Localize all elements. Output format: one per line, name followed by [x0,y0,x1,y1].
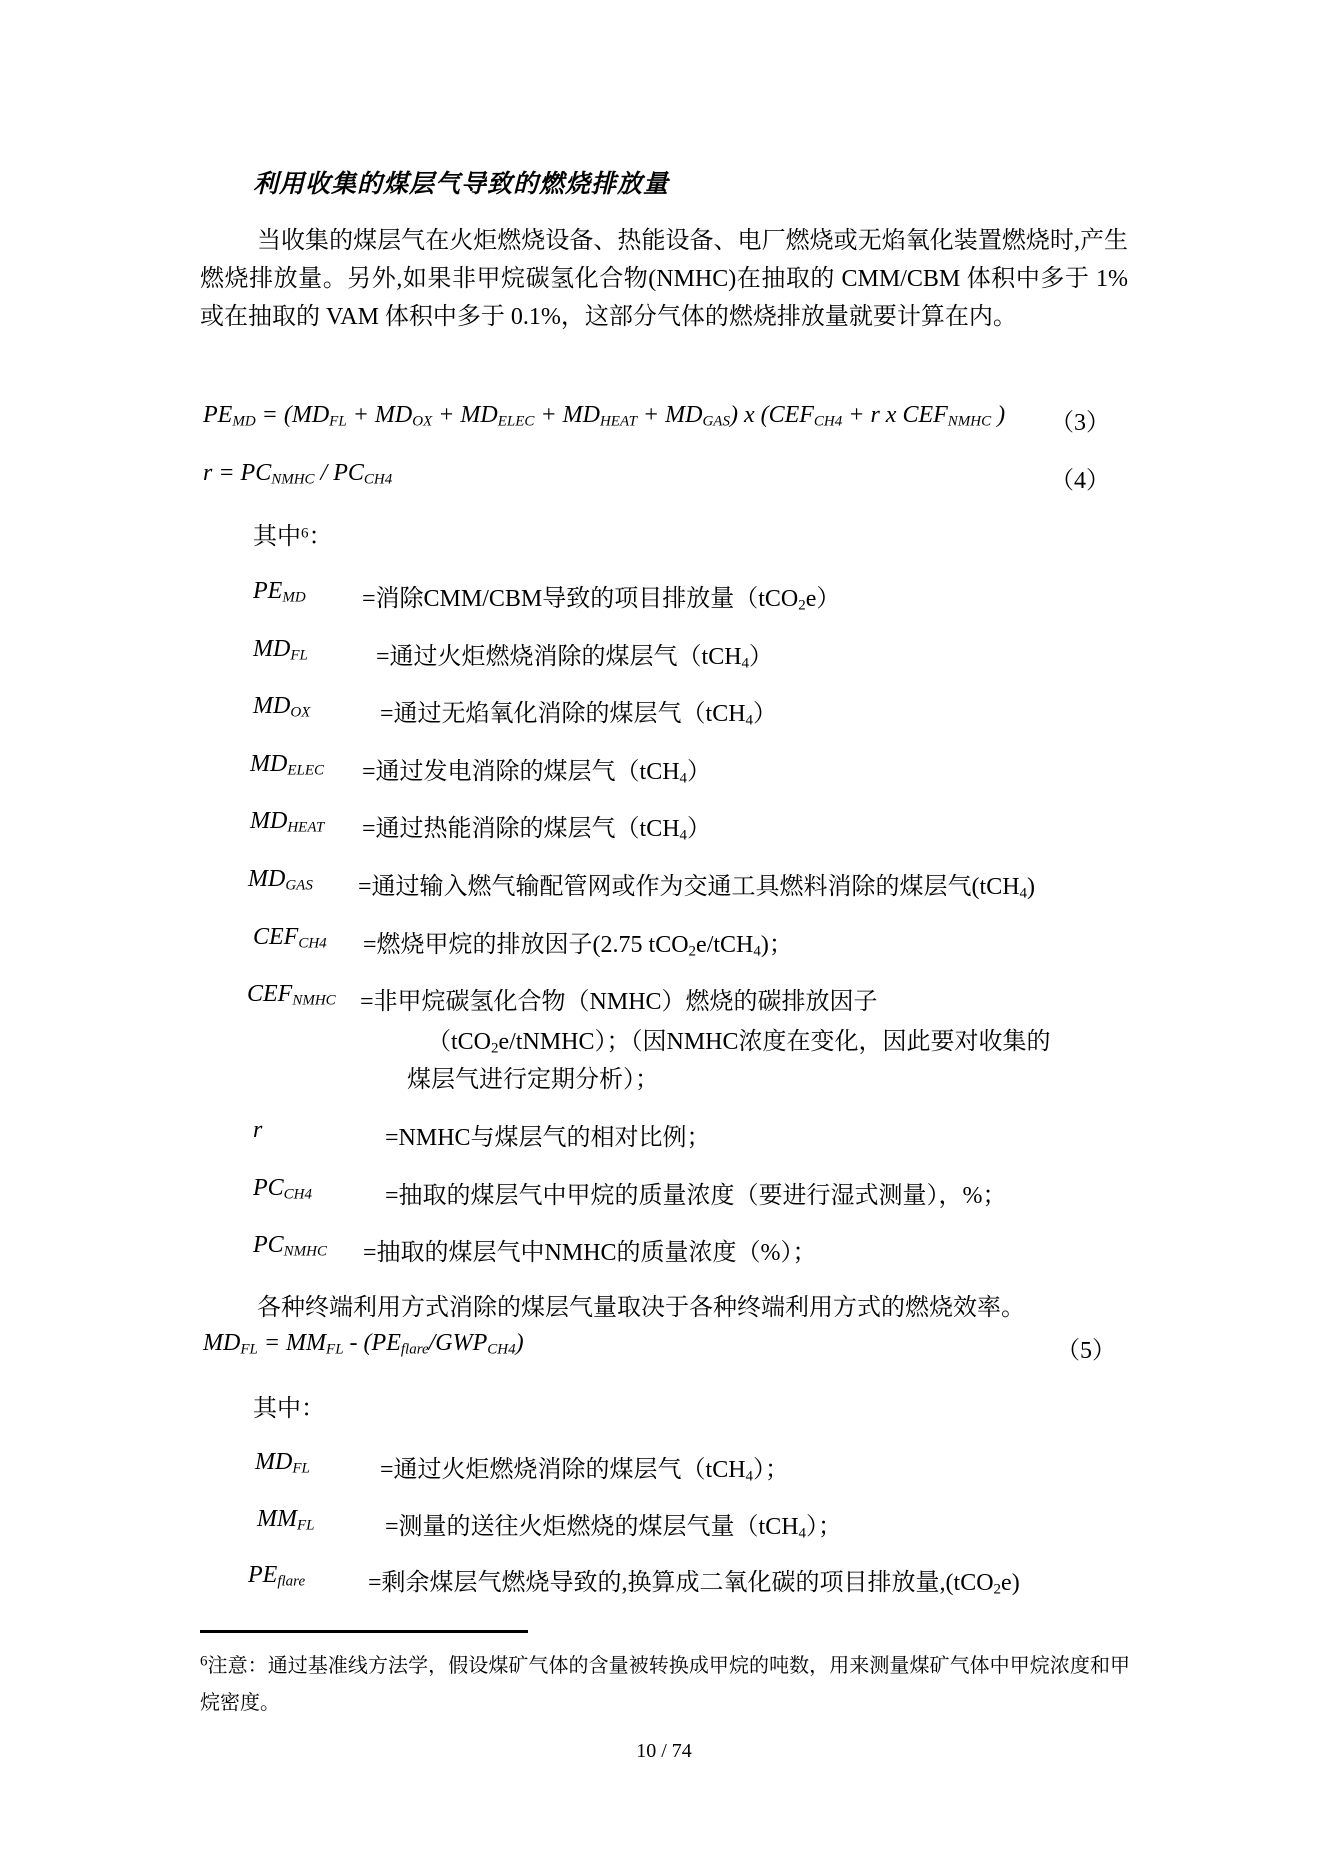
definition-term: CEFNMHC [247,981,336,1008]
equation-3: PEMD = (MDFL + MDOX + MDELEC + MDHEAT + … [0,402,1323,438]
efficiency-paragraph: 各种终端利用方式消除的煤层气量取决于各种终端利用方式的燃烧效率。 [200,1289,1128,1327]
equation-3-body: PEMD = (MDFL + MDOX + MDELEC + MDHEAT + … [203,402,1005,429]
definition-term: MDGAS [248,866,313,893]
where-label-2: 其中： [253,1388,325,1423]
equation-5-body: MDFL = MMFL - (PEflare/GWPCH4) [203,1330,524,1357]
definition-term: MDOX [253,693,310,720]
equation-5-number: （5） [1056,1330,1116,1365]
definition-term: r [253,1117,262,1144]
definition-text: =通过输入燃气输配管网或作为交通工具燃料消除的煤层气(tCH4) [358,866,1035,901]
page-number: 10 / 74 [200,1740,1128,1763]
definition-text: =燃烧甲烷的排放因子(2.75 tCO2e/tCH4)； [363,924,793,959]
definition-term: MDFL [255,1449,310,1476]
definition-term: MDHEAT [250,808,324,835]
definition-text: =测量的送往火炬燃烧的煤层气量（tCH4）； [385,1506,842,1541]
definition-term: PEMD [253,578,306,605]
definition-term: PEflare [248,1562,305,1589]
definition-term: PCCH4 [253,1175,312,1202]
definition-text: =通过火炬燃烧消除的煤层气（tCH4）； [380,1449,789,1484]
definition-text: =NMHC与煤层气的相对比例； [385,1117,711,1152]
definition-term: MDELEC [250,751,324,778]
definition-text-continued: 煤层气进行定期分析）； [407,1059,659,1094]
definition-term: CEFCH4 [253,924,327,951]
definition-term: MMFL [257,1506,315,1533]
where-label-1: 其中6： [253,516,333,551]
equation-3-number: （3） [1050,402,1110,437]
definition-text: =通过发电消除的煤层气（tCH4） [362,751,711,786]
definition-text: =剩余煤层气燃烧导致的,换算成二氧化碳的项目排放量,(tCO2e) [368,1562,1020,1597]
definition-text: =抽取的煤层气中甲烷的质量浓度（要进行湿式测量），%； [385,1175,1007,1210]
equation-4: r = PCNMHC / PCCH4 （4） [0,460,1323,496]
equation-4-number: （4） [1050,460,1110,495]
definition-term: MDFL [253,636,308,663]
definition-term: PCNMHC [253,1232,327,1259]
definition-text: =通过无焰氧化消除的煤层气（tCH4） [380,693,777,728]
footnote: 6注意：通过基准线方法学，假设煤矿气体的含量被转换成甲烷的吨数，用来测量煤矿气体… [200,1648,1130,1722]
definition-text: =非甲烷碳氢化合物（NMHC）燃烧的碳排放因子 [360,981,878,1016]
footnote-separator [200,1630,528,1633]
definition-text-continued: （tCO2e/tNMHC）；（因NMHC浓度在变化，因此要对收集的 [427,1021,1051,1056]
document-page: 利用收集的煤层气导致的燃烧排放量 当收集的煤层气在火炬燃烧设备、热能设备、电厂燃… [0,0,1323,1871]
definition-text: =通过热能消除的煤层气（tCH4） [362,808,711,843]
equation-5: MDFL = MMFL - (PEflare/GWPCH4) （5） [0,1330,1323,1366]
definition-text: =消除CMM/CBM导致的项目排放量（tCO2e） [362,578,840,613]
equation-4-body: r = PCNMHC / PCCH4 [203,460,392,487]
section-title: 利用收集的煤层气导致的燃烧排放量 [253,164,669,200]
intro-paragraph: 当收集的煤层气在火炬燃烧设备、热能设备、电厂燃烧或无焰氧化装置燃烧时,产生燃烧排… [200,222,1128,336]
definition-text: =抽取的煤层气中NMHC的质量浓度（%）； [363,1232,817,1267]
definition-text: =通过火炬燃烧消除的煤层气（tCH4） [376,636,773,671]
